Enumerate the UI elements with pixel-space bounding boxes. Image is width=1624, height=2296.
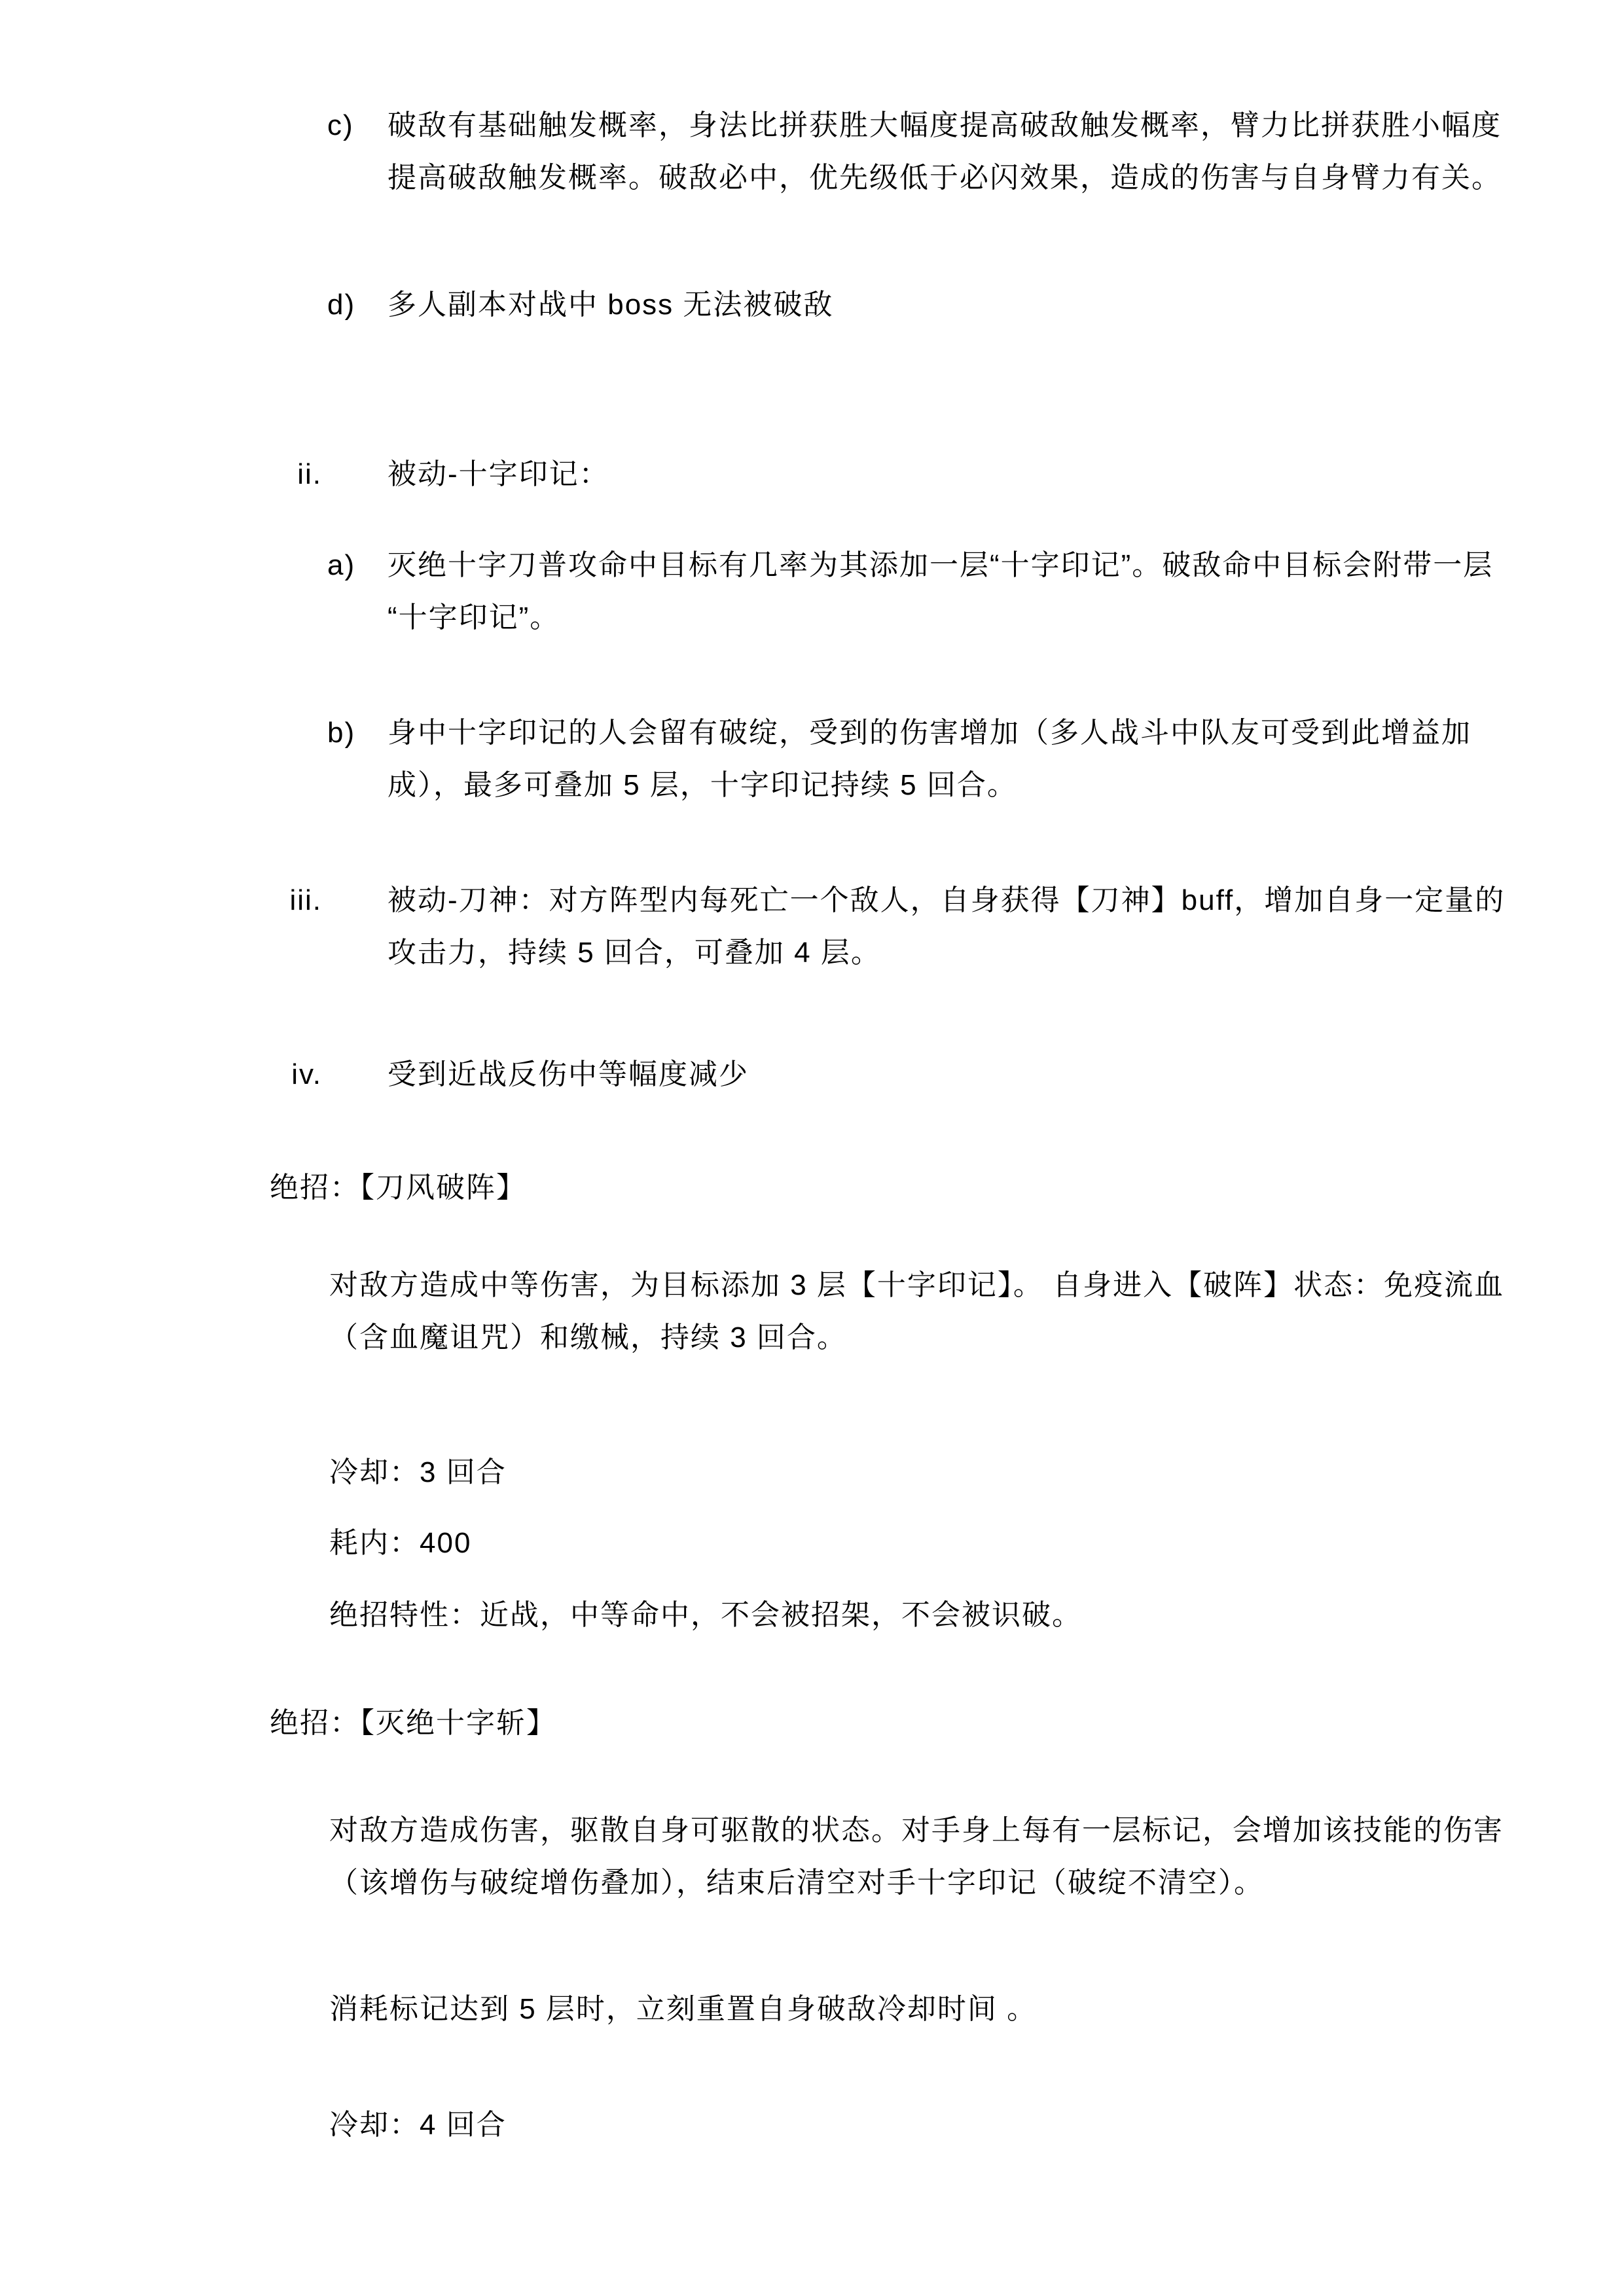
text-line: （含血魔诅咒）和缴械，持续 3 回合。 (329, 1312, 1504, 1364)
text-line: 提高破敌触发概率。破敌必中，优先级低于必闪效果，造成的伤害与自身臂力有关。 (388, 152, 1502, 204)
list-marker-a: a) (327, 539, 355, 592)
text-line: 绝招特性：近战，中等命中，不会被招架，不会被识破。 (329, 1589, 1082, 1641)
list-marker-b: b) (327, 707, 355, 759)
text-line: 被动-刀神：对方阵型内每死亡一个敌人，自身获得【刀神】buff，增加自身一定量的 (388, 874, 1505, 927)
skill-heading-text: 绝招：【刀风破阵】 (270, 1162, 526, 1214)
text-line: 身中十字印记的人会留有破绽，受到的伤害增加（多人战斗中队友可受到此增益加 (388, 707, 1471, 759)
skill-heading-daofengpozhen: 绝招：【刀风破阵】 (270, 1162, 526, 1214)
cost-line: 耗内：400 (329, 1517, 471, 1570)
list-marker-iii: iii. (262, 874, 322, 927)
skill-heading-miejueshizizhan: 绝招：【灭绝十字斩】 (270, 1697, 556, 1749)
text-line: 成），最多可叠加 5 层，十字印记持续 5 回合。 (388, 759, 1471, 812)
list-marker-c: c) (327, 99, 354, 152)
cooldown-line-2: 冷却：4 回合 (329, 2099, 507, 2151)
mark-consume-line: 消耗标记达到 5 层时，立刻重置自身破敌冷却时间 。 (329, 1983, 1037, 2036)
skill-traits-line: 绝招特性：近战，中等命中，不会被招架，不会被识破。 (329, 1589, 1082, 1641)
list-marker-iv: iv. (262, 1049, 322, 1101)
skill-desc-daofengpozhen: 对敌方造成中等伤害，为目标添加 3 层【十字印记】。 自身进入【破阵】状态：免疫… (329, 1259, 1504, 1364)
text-line: 多人副本对战中 boss 无法被破敌 (388, 279, 833, 331)
text-line: 冷却：4 回合 (329, 2099, 507, 2151)
document-page: c) 破敌有基础触发概率，身法比拼获胜大幅度提高破敌触发概率，臂力比拼获胜小幅度… (0, 0, 1624, 2296)
text-line: 冷却：3 回合 (329, 1446, 507, 1499)
list-item-d: d) 多人副本对战中 boss 无法被破敌 (388, 279, 833, 331)
list-item-a: a) 灭绝十字刀普攻命中目标有几率为其添加一层“十字印记”。破敌命中目标会附带一… (388, 539, 1493, 644)
text-line: “十字印记”。 (388, 592, 1493, 644)
text-line: 攻击力，持续 5 回合，可叠加 4 层。 (388, 927, 1505, 979)
text-line: 对敌方造成中等伤害，为目标添加 3 层【十字印记】。 自身进入【破阵】状态：免疫… (329, 1259, 1504, 1312)
text-line: 受到近战反伤中等幅度减少 (388, 1049, 749, 1101)
list-marker-ii: ii. (262, 448, 322, 501)
text-line: 对敌方造成伤害，驱散自身可驱散的状态。对手身上每有一层标记，会增加该技能的伤害 (329, 1804, 1504, 1857)
list-item-iii: iii. 被动-刀神：对方阵型内每死亡一个敌人，自身获得【刀神】buff，增加自… (388, 874, 1505, 979)
cooldown-line-1: 冷却：3 回合 (329, 1446, 507, 1499)
text-line: 破敌有基础触发概率，身法比拼获胜大幅度提高破敌触发概率，臂力比拼获胜小幅度 (388, 99, 1502, 152)
text-line: 被动-十字印记： (388, 448, 609, 501)
skill-desc-miejueshizizhan: 对敌方造成伤害，驱散自身可驱散的状态。对手身上每有一层标记，会增加该技能的伤害 … (329, 1804, 1504, 1909)
text-line: 耗内：400 (329, 1517, 471, 1570)
text-line: （该增伤与破绽增伤叠加），结束后清空对手十字印记（破绽不清空）。 (329, 1857, 1504, 1909)
text-line: 灭绝十字刀普攻命中目标有几率为其添加一层“十字印记”。破敌命中目标会附带一层 (388, 539, 1493, 592)
text-line: 消耗标记达到 5 层时，立刻重置自身破敌冷却时间 。 (329, 1983, 1037, 2036)
list-item-iv: iv. 受到近战反伤中等幅度减少 (388, 1049, 749, 1101)
list-marker-d: d) (327, 279, 355, 331)
list-item-ii: ii. 被动-十字印记： (388, 448, 609, 501)
list-item-b: b) 身中十字印记的人会留有破绽，受到的伤害增加（多人战斗中队友可受到此增益加 … (388, 707, 1471, 812)
skill-heading-text: 绝招：【灭绝十字斩】 (270, 1697, 556, 1749)
list-item-c: c) 破敌有基础触发概率，身法比拼获胜大幅度提高破敌触发概率，臂力比拼获胜小幅度… (388, 99, 1502, 204)
